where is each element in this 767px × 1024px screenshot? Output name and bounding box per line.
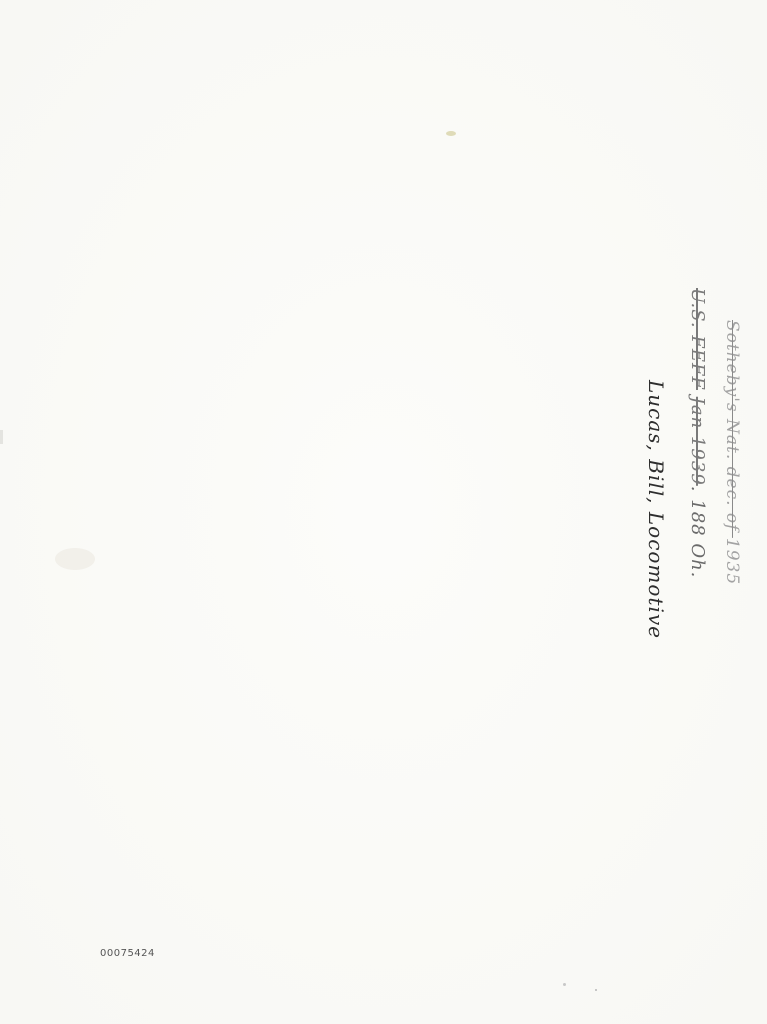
handwritten-note-line-1: Sotheby's Nat. dec. of 1935: [722, 320, 742, 585]
smudge-mark: [55, 548, 95, 570]
speck-mark: [563, 983, 566, 986]
caption-text: Lucas, Bill, Locomotive: [644, 380, 668, 639]
handwritten-note-line-3: Lucas, Bill, Locomotive: [644, 380, 668, 639]
speck-mark: [595, 989, 597, 991]
struck-text: Sotheby's Nat. dec. of: [722, 320, 742, 531]
stain-mark: [446, 131, 456, 136]
struck-text: U.S. FEFF: [687, 288, 708, 390]
paper-edge-mark: [0, 430, 3, 444]
struck-text: Jan 1939: [687, 397, 708, 486]
reference-text: . 188 Oh.: [687, 486, 708, 579]
catalog-number: 00075424: [100, 948, 155, 959]
year-text: 1935: [722, 538, 742, 585]
handwritten-note-line-2: U.S. FEFF Jan 1939. 188 Oh.: [687, 288, 708, 578]
